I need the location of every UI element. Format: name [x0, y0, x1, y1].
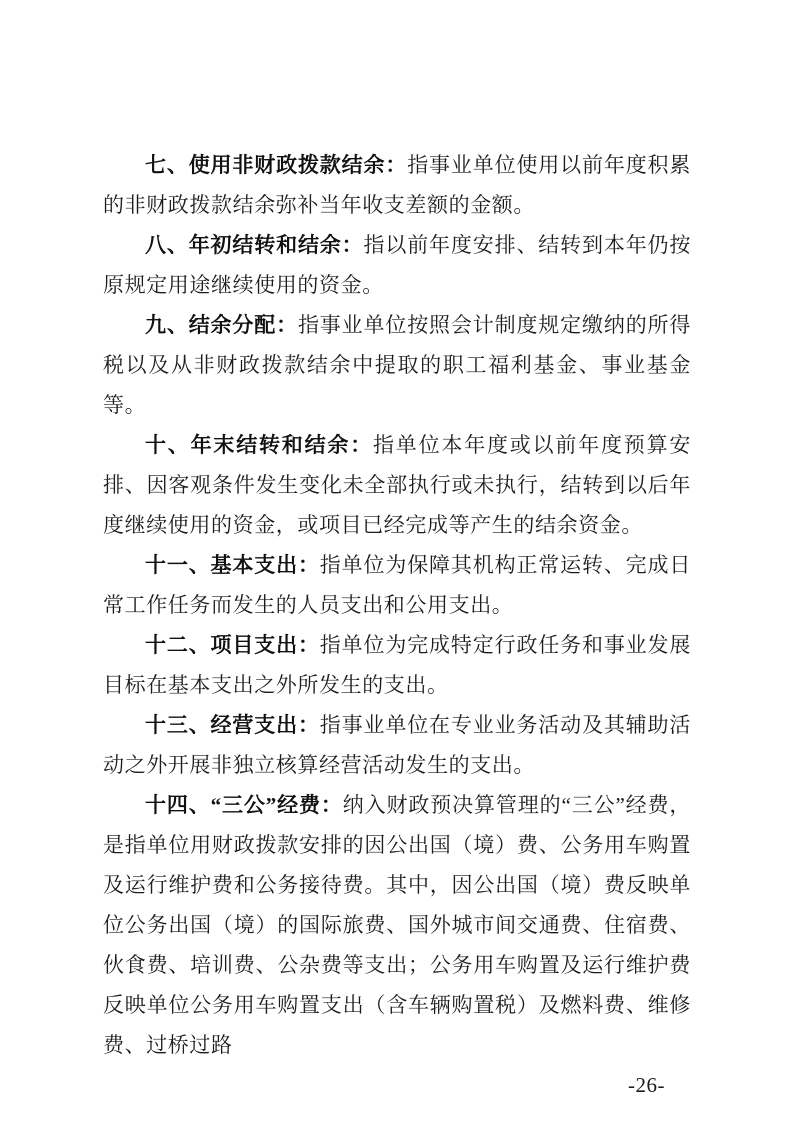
term-label: 十三、经营支出： — [145, 713, 320, 737]
term-label: 十、年末结转和结余： — [145, 433, 373, 457]
term-label: 十四、“三公”经费： — [145, 793, 343, 817]
page-number: -26- — [103, 1065, 665, 1105]
term-definition: 纳入财政预决算管理的“三公”经费，是指单位用财政拨款安排的因公出国（境）费、公务… — [103, 793, 691, 1057]
definition-paragraph: 十四、“三公”经费：纳入财政预决算管理的“三公”经费，是指单位用财政拨款安排的因… — [103, 785, 691, 1065]
definition-paragraph: 十一、基本支出：指单位为保障其机构正常运转、完成日常工作任务而发生的人员支出和公… — [103, 545, 691, 625]
term-label: 七、使用非财政拨款结余： — [145, 153, 407, 177]
definition-paragraph: 十、年末结转和结余：指单位本年度或以前年度预算安排、因客观条件发生变化未全部执行… — [103, 425, 691, 545]
definition-paragraph: 八、年初结转和结余：指以前年度安排、结转到本年仍按原规定用途继续使用的资金。 — [103, 225, 691, 305]
term-label: 八、年初结转和结余： — [145, 233, 364, 257]
term-label: 九、结余分配： — [145, 313, 298, 337]
definition-paragraph: 十二、项目支出：指单位为完成特定行政任务和事业发展目标在基本支出之外所发生的支出… — [103, 625, 691, 705]
term-label: 十二、项目支出： — [145, 633, 320, 657]
definition-paragraph: 十三、经营支出：指事业单位在专业业务活动及其辅助活动之外开展非独立核算经营活动发… — [103, 705, 691, 785]
definition-paragraph: 九、结余分配：指事业单位按照会计制度规定缴纳的所得税以及从非财政拨款结余中提取的… — [103, 305, 691, 425]
definition-paragraph: 七、使用非财政拨款结余：指事业单位使用以前年度积累的非财政拨款结余弥补当年收支差… — [103, 145, 691, 225]
document-page: 七、使用非财政拨款结余：指事业单位使用以前年度积累的非财政拨款结余弥补当年收支差… — [0, 0, 793, 1122]
document-body: 七、使用非财政拨款结余：指事业单位使用以前年度积累的非财政拨款结余弥补当年收支差… — [103, 145, 691, 1105]
term-label: 十一、基本支出： — [145, 553, 320, 577]
